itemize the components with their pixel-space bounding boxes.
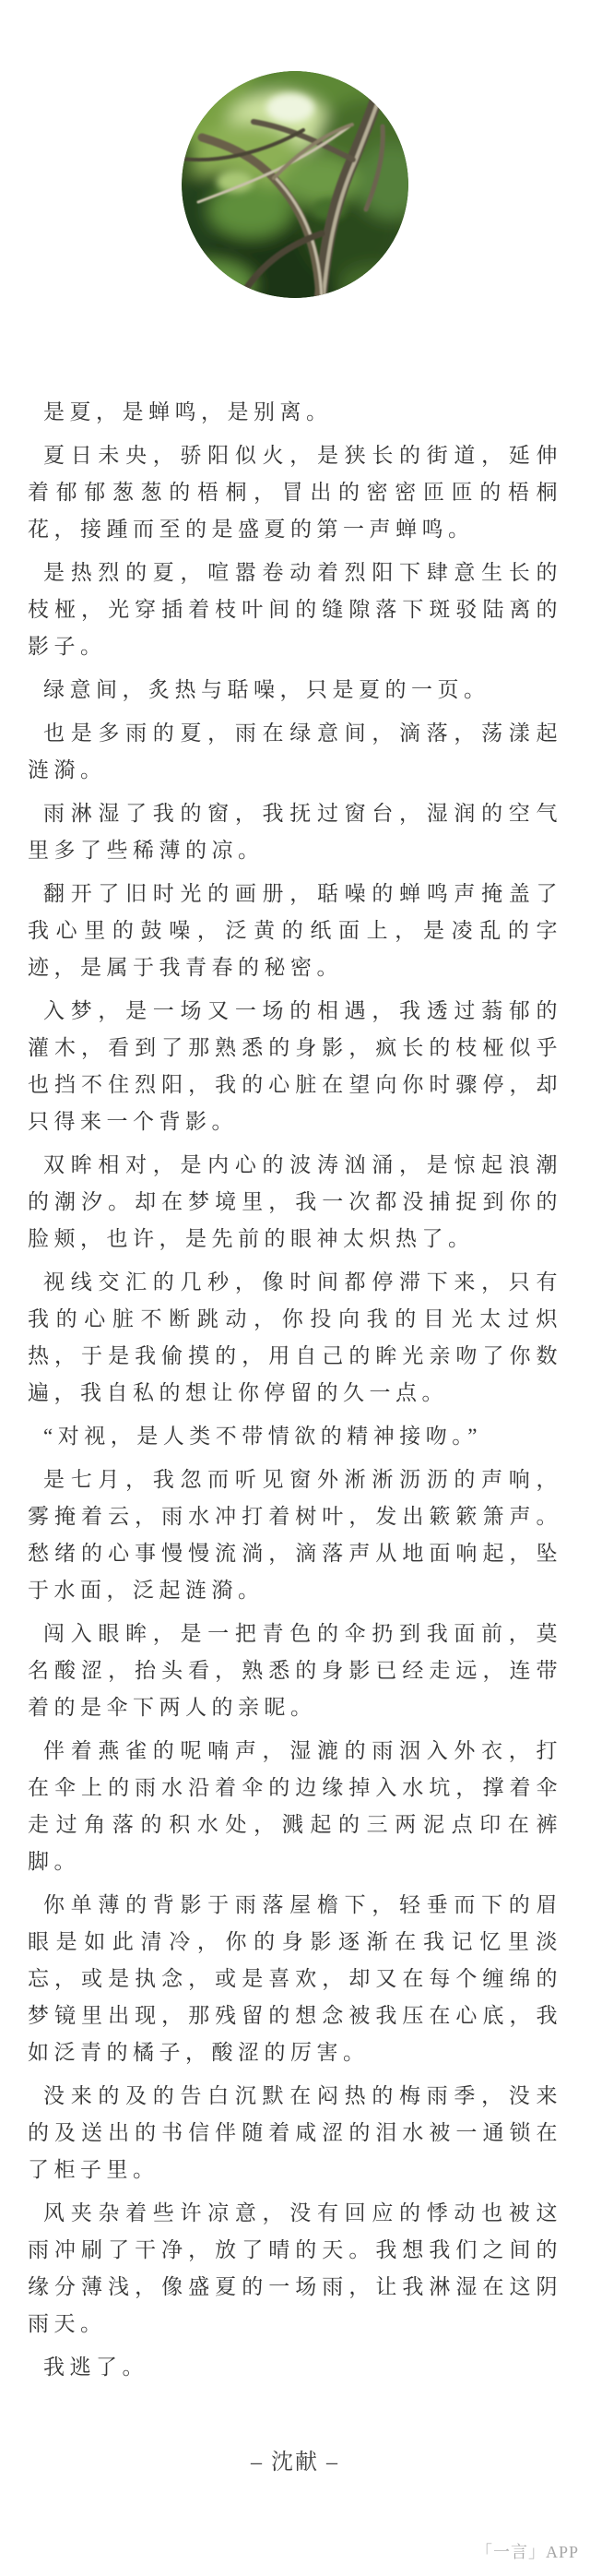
- app-watermark: 「一言」APP: [476, 2539, 579, 2563]
- paragraph: “对视，是人类不带情欲的精神接吻。”: [28, 1418, 562, 1455]
- paragraph: 是夏，是蝉鸣，是别离。: [28, 394, 562, 431]
- paragraph: 夏日未央，骄阳似火，是狭长的街道，延伸着郁郁葱葱的梧桐，冒出的密密匝匝的梧桐花，…: [28, 437, 562, 548]
- author-signature: – 沈献 –: [0, 2443, 590, 2475]
- paragraph: 是热烈的夏，喧嚣卷动着烈阳下肆意生长的枝桠，光穿插着枝叶间的缝隙落下斑驳陆离的影…: [28, 555, 562, 665]
- paragraph: 翻开了旧时光的画册，聒噪的蝉鸣声掩盖了我心里的鼓噪，泛黄的纸面上，是凌乱的字迹，…: [28, 876, 562, 986]
- paragraph: 是七月，我忽而听见窗外淅淅沥沥的声响，雾掩着云，雨水冲打着树叶，发出簌簌箫声。愁…: [28, 1461, 562, 1609]
- paragraph: 我逃了。: [28, 2349, 562, 2386]
- paragraph: 视线交汇的几秒，像时间都停滞下来，只有我的心脏不断跳动，你投向我的目光太过炽热，…: [28, 1264, 562, 1412]
- paragraph: 绿意间，炙热与聒噪，只是夏的一页。: [28, 672, 562, 709]
- paragraph: 双眸相对，是内心的波涛汹涌，是惊起浪潮的潮汐。却在梦境里，我一次都没捕捉到你的脸…: [28, 1147, 562, 1258]
- paragraph: 风夹杂着些许凉意，没有回应的悸动也被这雨冲刷了干净，放了晴的天。我想我们之间的缘…: [28, 2195, 562, 2343]
- share-card-page: { "header": { "image_name": "forest-phot…: [0, 0, 590, 2576]
- paragraph: 没来的及的告白沉默在闷热的梅雨季，没来的及送出的书信伴随着咸涩的泪水被一通锁在了…: [28, 2078, 562, 2188]
- forest-photo-image: [182, 71, 408, 298]
- paragraph: 雨淋湿了我的窗，我抚过窗台，湿润的空气里多了些稀薄的凉。: [28, 795, 562, 869]
- paragraph: 入梦，是一场又一场的相遇，我透过蓊郁的灌木，看到了那熟悉的身影，疯长的枝桠似乎也…: [28, 993, 562, 1140]
- paragraph: 闯入眼眸，是一把青色的伞扔到我面前，莫名酸涩，抬头看，熟悉的身影已经走远，连带着…: [28, 1616, 562, 1726]
- paragraph: 伴着燕雀的呢喃声，湿漉的雨洇入外衣，打在伞上的雨水沿着伞的边缘掉入水坑，撑着伞走…: [28, 1733, 562, 1880]
- article: 是夏，是蝉鸣，是别离。夏日未央，骄阳似火，是狭长的街道，延伸着郁郁葱葱的梧桐，冒…: [28, 394, 562, 2392]
- paragraph: 你单薄的背影于雨落屋檐下，轻垂而下的眉眼是如此清冷，你的身影逐渐在我记忆里淡忘，…: [28, 1887, 562, 2071]
- paragraph: 也是多雨的夏，雨在绿意间，滴落，荡漾起涟漪。: [28, 715, 562, 789]
- forest-photo: [182, 71, 408, 298]
